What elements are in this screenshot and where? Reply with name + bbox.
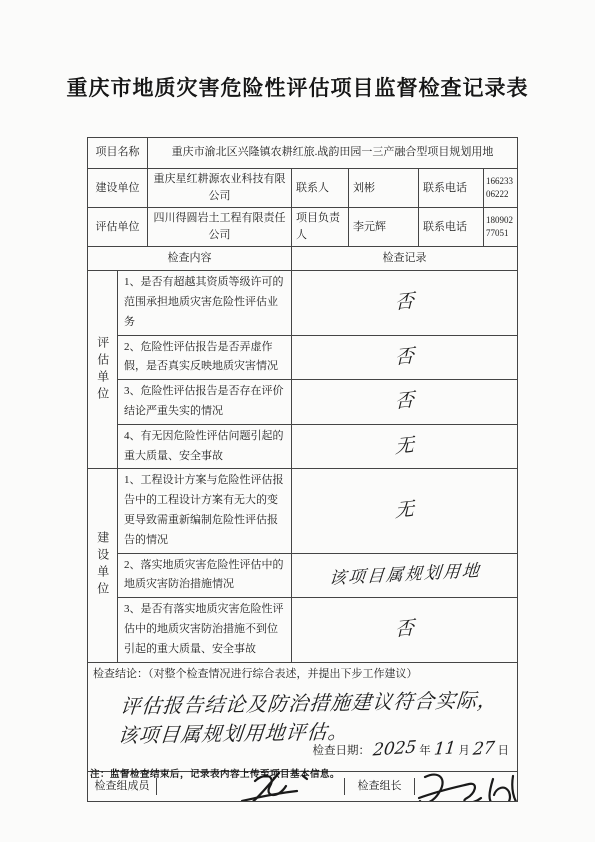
date-month-handwritten: 11 <box>432 735 456 763</box>
table-row: 评估单位 1、是否有超越其资质等级许可的范围承担地质灾害危险性评估业务 否 <box>88 271 518 335</box>
check-record-header: 检查记录 <box>292 247 518 271</box>
member-label: 检查组成员 <box>88 778 156 795</box>
member-signature <box>156 778 344 795</box>
check-content-header: 检查内容 <box>88 247 292 271</box>
inspection-date: 检查日期：2025年11月27日 <box>313 736 510 762</box>
phone-number: 18090277051 <box>484 208 518 247</box>
table-row: 检查结论：（对整个检查情况进行综合表述，并提出下步工作建议） 评估报告结论及防治… <box>88 662 518 771</box>
leader-signature <box>414 778 517 795</box>
check-record-value: 无 <box>292 424 518 469</box>
check-item-text: 3、危险性评估报告是否存在评价结论严重失实的情况 <box>118 380 292 425</box>
check-item-text: 4、有无因危险性评估问题引起的重大质量、安全事故 <box>118 424 292 469</box>
construction-group-label: 建设单位 <box>88 469 118 662</box>
table-row: 评估单位 四川得圆岩土工程有限责任公司 项目负责人 李元辉 联系电话 18090… <box>88 208 518 247</box>
table-row: 检查内容 检查记录 <box>88 247 518 271</box>
conclusion-cell: 检查结论：（对整个检查情况进行综合表述，并提出下步工作建议） 评估报告结论及防治… <box>88 662 518 771</box>
table-row: 4、有无因危险性评估问题引起的重大质量、安全事故 无 <box>88 424 518 469</box>
table-row: 3、是否有落实地质灾害危险性评估中的地质灾害防治措施不到位引起的重大质量、安全事… <box>88 598 518 662</box>
construction-unit-name: 重庆星红耕源农业科技有限公司 <box>148 169 292 208</box>
check-record-value: 该项目属规划用地 <box>292 553 518 598</box>
table-row: 3、危险性评估报告是否存在评价结论严重失实的情况 否 <box>88 380 518 425</box>
footnote: 注：监督检查结束后，记录表内容上传至项目基本信息。 <box>90 766 340 780</box>
project-leader-name: 李元辉 <box>349 208 419 247</box>
phone-label: 联系电话 <box>419 208 484 247</box>
phone-label: 联系电话 <box>419 169 484 208</box>
project-name-label: 项目名称 <box>88 138 148 169</box>
check-record-value: 否 <box>292 335 518 380</box>
contact-label: 联系人 <box>292 169 349 208</box>
page-title: 重庆市地质灾害危险性评估项目监督检查记录表 <box>0 72 595 102</box>
project-leader-label: 项目负责人 <box>292 208 349 247</box>
table-row: 2、落实地质灾害危险性评估中的地质灾害防治措施情况 该项目属规划用地 <box>88 553 518 598</box>
date-year-handwritten: 2025 <box>372 735 418 765</box>
check-record-value: 否 <box>292 380 518 425</box>
date-label: 检查日期： <box>313 745 371 757</box>
assessment-unit-name: 四川得圆岩土工程有限责任公司 <box>148 208 292 247</box>
leader-label: 检查组长 <box>344 778 414 795</box>
inspection-record-table: 项目名称 重庆市渝北区兴隆镇农耕红旅.战韵田园一三产融合型项目规划用地 建设单位… <box>87 137 518 802</box>
leader-signature-icon <box>411 771 518 801</box>
phone-number: 16623306222 <box>484 169 518 208</box>
assessment-group-label: 评估单位 <box>88 271 118 469</box>
table-row: 2、危险性评估报告是否弄虚作假，是否真实反映地质灾害情况 否 <box>88 335 518 380</box>
check-item-text: 1、工程设计方案与危险性评估报告中的工程设计方案有无大的变更导致需重新编制危险性… <box>118 469 292 553</box>
assessment-unit-label: 评估单位 <box>88 208 148 247</box>
check-record-value: 否 <box>292 598 518 662</box>
check-item-text: 2、危险性评估报告是否弄虚作假，是否真实反映地质灾害情况 <box>118 335 292 380</box>
contact-name: 刘彬 <box>349 169 419 208</box>
check-item-text: 3、是否有落实地质灾害危险性评估中的地质灾害防治措施不到位引起的重大质量、安全事… <box>118 598 292 662</box>
date-day-handwritten: 27 <box>472 735 496 763</box>
conclusion-label: 检查结论：（对整个检查情况进行综合表述，并提出下步工作建议） <box>93 666 512 683</box>
day-suffix: 日 <box>498 745 510 757</box>
check-record-value: 否 <box>292 271 518 335</box>
year-suffix: 年 <box>419 745 431 757</box>
table-row: 建设单位 重庆星红耕源农业科技有限公司 联系人 刘彬 联系电话 16623306… <box>88 169 518 208</box>
check-item-text: 1、是否有超越其资质等级许可的范围承担地质灾害危险性评估业务 <box>118 271 292 335</box>
check-record-value: 无 <box>292 469 518 553</box>
project-name-value: 重庆市渝北区兴隆镇农耕红旅.战韵田园一三产融合型项目规划用地 <box>148 138 518 169</box>
construction-unit-label: 建设单位 <box>88 169 148 208</box>
check-item-text: 2、落实地质灾害危险性评估中的地质灾害防治措施情况 <box>118 553 292 598</box>
table-row: 建设单位 1、工程设计方案与危险性评估报告中的工程设计方案有无大的变更导致需重新… <box>88 469 518 553</box>
table-row: 项目名称 重庆市渝北区兴隆镇农耕红旅.战韵田园一三产融合型项目规划用地 <box>88 138 518 169</box>
month-suffix: 月 <box>458 745 470 757</box>
